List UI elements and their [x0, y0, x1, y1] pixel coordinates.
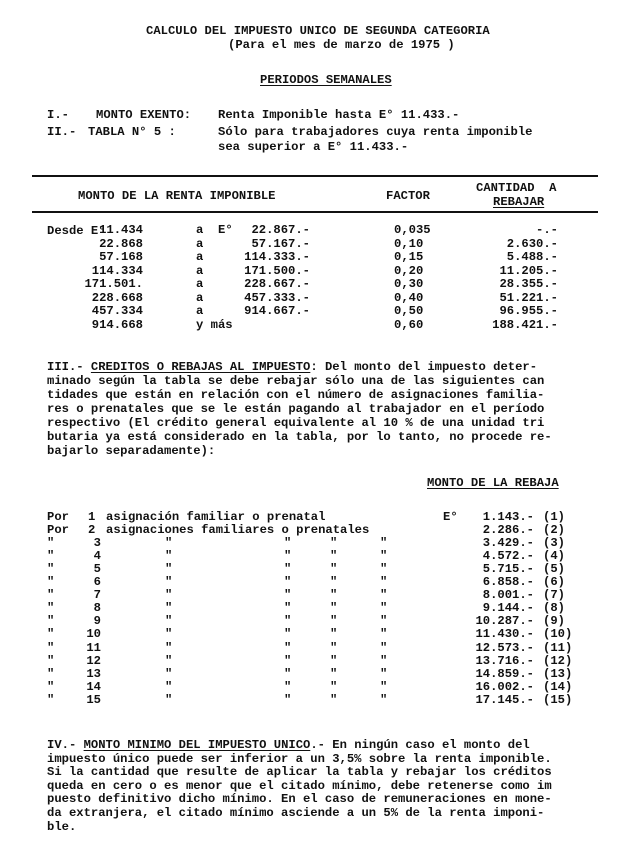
table-row: 914.668y más0,60188.421.-: [0, 319, 630, 333]
section-4-title: MONTO MINIMO DEL IMPUESTO UNICO: [84, 738, 311, 752]
currency-symbol: E°: [443, 511, 458, 525]
section-3-line: butaria ya está considerado en la tabla,…: [47, 430, 607, 444]
section-2-number: II.-: [47, 125, 76, 139]
section-3-paragraph: III.- CREDITOS O REBAJAS AL IMPUESTO: De…: [47, 360, 607, 374]
ditto-mark: ": [47, 694, 54, 708]
section-3-number: III.-: [47, 360, 84, 374]
cell-to: 457.333.-: [244, 292, 310, 306]
section-4-line: da extranjera, el citado mínimo asciende…: [47, 806, 607, 820]
cell-rebaja: 28.355.-: [499, 278, 558, 292]
section-3-title: CREDITOS O REBAJAS AL IMPUESTO: [91, 360, 310, 374]
ditto-mark: ": [165, 694, 172, 708]
cell-from: 22.868: [99, 238, 143, 252]
ditto-mark: ": [380, 628, 387, 642]
asignacion-count: 10: [86, 628, 101, 642]
section-2-text-line2: sea superior a E° 11.433.-: [218, 140, 408, 154]
cell-factor: 0,20: [394, 265, 423, 279]
section-4-line: ble.: [47, 820, 607, 834]
cell-factor: 0,60: [394, 319, 423, 333]
cell-to: 57.167.-: [251, 238, 310, 252]
cell-separator: a: [196, 251, 203, 265]
section-3-line-0: : Del monto del impuesto deter-: [310, 360, 537, 374]
section-1-label: MONTO EXENTO:: [96, 108, 191, 122]
table-row: 171.501.a228.667.-0,3028.355.-: [0, 278, 630, 292]
ditto-mark: ": [47, 628, 54, 642]
section-3-line: tidades que están en relación con el núm…: [47, 388, 607, 402]
section-4-line-0: .- En ningún caso el monto del: [310, 738, 529, 752]
rebaja-ref: (15): [543, 694, 572, 708]
cell-separator: a: [196, 292, 203, 306]
cell-from: 914.668: [92, 319, 143, 333]
ditto-mark: ": [330, 694, 337, 708]
cell-factor: 0,40: [394, 292, 423, 306]
cell-rebaja: 96.955.-: [499, 305, 558, 319]
table-row: 228.668a457.333.-0,4051.221.-: [0, 292, 630, 306]
rebaja-ref: (11): [543, 642, 572, 656]
section-1-number: I.-: [47, 108, 69, 122]
cell-separator: a: [196, 278, 203, 292]
cell-factor: 0,15: [394, 251, 423, 265]
cell-to: 114.333.-: [244, 251, 310, 265]
ditto-mark: ": [380, 694, 387, 708]
table-bottom-rule: [32, 211, 598, 213]
section-3-line: minado según la tabla se debe rebajar só…: [47, 374, 607, 388]
rebaja-amount: 17.145.-: [475, 694, 534, 708]
section-4-line: impuesto único puede ser inferior a un 3…: [47, 752, 607, 766]
document-title: CALCULO DEL IMPUESTO UNICO DE SEGUNDA CA…: [146, 24, 490, 38]
header-cantidad-line2: REBAJAR: [493, 195, 544, 209]
cell-to: 171.500.-: [244, 265, 310, 279]
section-3-line: respectivo (El crédito general equivalen…: [47, 416, 607, 430]
section-4-number: IV.-: [47, 738, 76, 752]
cell-from: 114.334: [92, 265, 143, 279]
table-row: 22.868a57.167.-0,102.630.-: [0, 238, 630, 252]
cell-rebaja: 51.221.-: [499, 292, 558, 306]
section-2-text-line1: Sólo para trabajadores cuya renta imponi…: [218, 125, 533, 139]
rebaja-row: "10""""11.430.-(10): [0, 628, 630, 642]
section-1-text: Renta Imponible hasta E° 11.433.-: [218, 108, 459, 122]
section-4-line: puesto definitivo dicho mínimo. En el ca…: [47, 792, 607, 806]
header-factor: FACTOR: [386, 189, 430, 203]
ditto-mark: ": [165, 628, 172, 642]
cell-from: 11.434: [99, 224, 143, 238]
cell-separator: a: [196, 224, 203, 238]
cell-factor: 0,50: [394, 305, 423, 319]
ditto-mark: ": [47, 642, 54, 656]
rebaja-amount: 12.573.-: [475, 642, 534, 656]
cell-to: 22.867.-: [251, 224, 310, 238]
document-subtitle: (Para el mes de marzo de 1975 ): [228, 38, 455, 52]
currency-symbol: E°: [218, 224, 233, 238]
cell-factor: 0,10: [394, 238, 423, 252]
table-row: 11.434a22.867.-0,035-.-E°: [0, 224, 630, 238]
section-3-line: res o prenatales que se le están pagando…: [47, 402, 607, 416]
cell-factor: 0,30: [394, 278, 423, 292]
cell-factor: 0,035: [394, 224, 431, 238]
cell-rebaja: -.-: [536, 224, 558, 238]
ditto-mark: ": [330, 642, 337, 656]
cell-to: 914.667.-: [244, 305, 310, 319]
cell-to: 228.667.-: [244, 278, 310, 292]
section-3-line: bajarlo separadamente):: [47, 444, 607, 458]
table-row: 114.334a171.500.-0,2011.205.-: [0, 265, 630, 279]
cell-rebaja: 5.488.-: [507, 251, 558, 265]
table-row: 457.334a914.667.-0,5096.955.-: [0, 305, 630, 319]
rebaja-row: "11""""12.573.-(11): [0, 642, 630, 656]
cell-from: 457.334: [92, 305, 143, 319]
cell-rebaja: 188.421.-: [492, 319, 558, 333]
header-monto: MONTO DE LA RENTA IMPONIBLE: [78, 189, 275, 203]
section-2-label: TABLA N° 5 :: [88, 125, 176, 139]
asignacion-count: 15: [86, 694, 101, 708]
cell-separator: a: [196, 238, 203, 252]
header-cantidad-line1: CANTIDAD A: [476, 181, 556, 195]
cell-from: 57.168: [99, 251, 143, 265]
rebaja-row: "15""""17.145.-(15): [0, 694, 630, 708]
section-4-line: queda en cero o es menor que el citado m…: [47, 779, 607, 793]
ditto-mark: ": [284, 642, 291, 656]
cell-rebaja: 11.205.-: [499, 265, 558, 279]
ditto-mark: ": [330, 628, 337, 642]
table-row: 57.168a114.333.-0,155.488.-: [0, 251, 630, 265]
rebaja-header: MONTO DE LA REBAJA: [427, 476, 559, 490]
rebaja-amount: 11.430.-: [475, 628, 534, 642]
cell-separator: y más: [196, 319, 233, 333]
cell-separator: a: [196, 265, 203, 279]
asignacion-count: 11: [86, 642, 101, 656]
cell-from: 228.668: [92, 292, 143, 306]
cell-separator: a: [196, 305, 203, 319]
cell-rebaja: 2.630.-: [507, 238, 558, 252]
rebaja-ref: (10): [543, 628, 572, 642]
ditto-mark: ": [380, 642, 387, 656]
ditto-mark: ": [284, 628, 291, 642]
ditto-mark: ": [165, 642, 172, 656]
ditto-mark: ": [284, 694, 291, 708]
period-heading: PERIODOS SEMANALES: [260, 73, 392, 87]
table-top-rule: [32, 175, 598, 177]
section-4-paragraph: IV.- MONTO MINIMO DEL IMPUESTO UNICO.- E…: [47, 738, 607, 752]
cell-from: 171.501.: [84, 278, 143, 292]
section-4-line: Si la cantidad que resulte de aplicar la…: [47, 765, 607, 779]
